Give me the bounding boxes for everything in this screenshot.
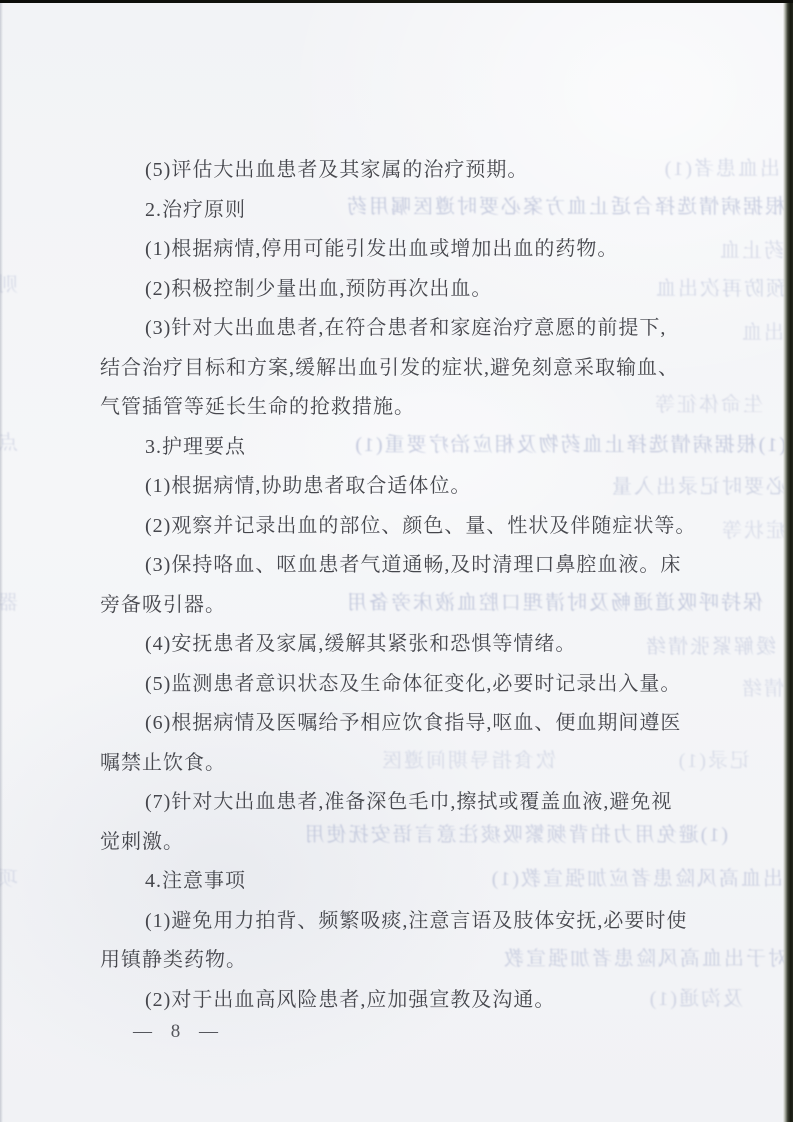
- text-line: (1)避免用力拍背、频繁吸痰,注意言语及肢体安抚,必要时使: [100, 902, 725, 942]
- bleedthrough-line: 出血: [726, 320, 784, 346]
- text-line: (5)评估大出血患者及其家属的治疗预期。: [100, 151, 725, 191]
- text-line: (2)观察并记录出血的部位、颜色、量、性状及伴随症状等。: [100, 507, 725, 547]
- text-line: 用镇静类药物。: [100, 941, 725, 981]
- text-line: 2.治疗原则: [100, 191, 725, 231]
- text-line: (3)针对大出血患者,在符合患者和家庭治疗意愿的前提下,: [100, 309, 725, 349]
- text-line: (3)保持咯血、呕血患者气道通畅,及时清理口鼻腔血液。床: [100, 546, 725, 586]
- text-line: 气管插管等延长生命的抢救措施。: [100, 388, 725, 428]
- page-number: — 8 —: [133, 1021, 220, 1043]
- text-line: (5)监测患者意识状态及生命体征变化,必要时记录出入量。: [100, 665, 725, 705]
- text-line: (4)安抚患者及家属,缓解其紧张和恐惧等情绪。: [100, 625, 725, 665]
- bleedthrough-line: 情绪: [724, 676, 784, 702]
- scanned-page: (5)评估大出血患者及其家属的治疗预期。2.治疗原则(1)根据病情,停用可能引发…: [0, 0, 793, 1122]
- text-line: 4.注意事项: [100, 862, 725, 902]
- text-line: (2)对于出血高风险患者,应加强宣教及沟通。: [100, 981, 725, 1021]
- text-line: 结合治疗目标和方案,缓解出血引发的症状,避免刻意采取输血、: [100, 349, 725, 389]
- text-line: (1)根据病情,停用可能引发出血或增加出血的药物。: [100, 230, 725, 270]
- text-line: 觉刺激。: [100, 823, 725, 863]
- text-line: (7)针对大出血患者,准备深色毛巾,擦拭或覆盖血液,避免视: [100, 783, 725, 823]
- scan-binding-edge: [783, 0, 793, 1122]
- text-line: 嘱禁止饮食。: [100, 744, 725, 784]
- text-line: 旁备吸引器。: [100, 586, 725, 626]
- scan-edge-left: [0, 0, 3, 1122]
- document-body: (5)评估大出血患者及其家属的治疗预期。2.治疗原则(1)根据病情,停用可能引发…: [100, 151, 725, 1020]
- scan-edge-top: [0, 0, 793, 3]
- text-line: (6)根据病情及医嘱给予相应饮食指导,呕血、便血期间遵医: [100, 704, 725, 744]
- text-line: 3.护理要点: [100, 428, 725, 468]
- text-line: (1)根据病情,协助患者取合适体位。: [100, 467, 725, 507]
- text-line: (2)积极控制少量出血,预防再次出血。: [100, 270, 725, 310]
